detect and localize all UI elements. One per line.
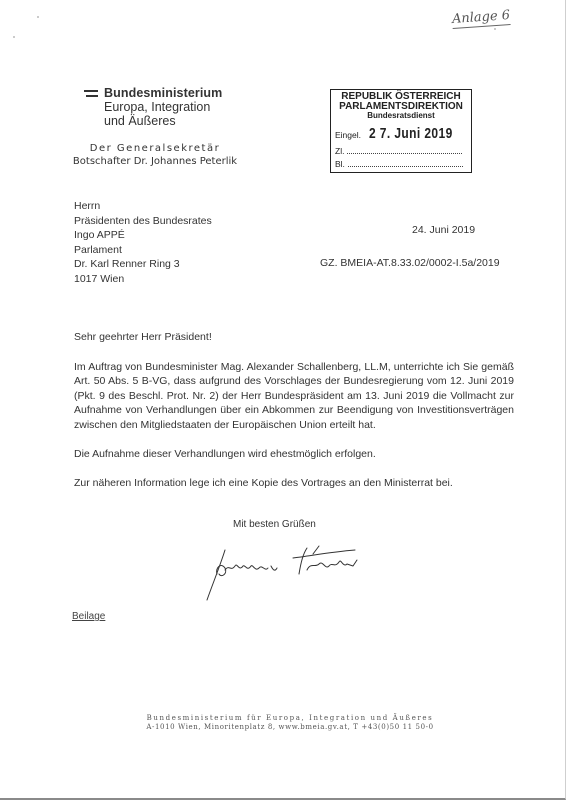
salutation: Sehr geehrter Herr Präsident! [74, 330, 514, 344]
signature [195, 538, 395, 608]
recipient-address: Herrn Präsidenten des Bundesrates Ingo A… [74, 199, 212, 286]
reference-number: GZ. BMEIA-AT.8.33.02/0002-I.5a/2019 [320, 257, 500, 269]
sender-title: Der Generalsekretär [70, 142, 240, 155]
paragraph-2: Die Aufnahme dieser Verhandlungen wird e… [74, 447, 514, 461]
enclosure-label: Beilage [72, 611, 105, 622]
receipt-stamp: REPUBLIK ÖSTERREICH PARLAMENTSDIREKTION … [330, 89, 472, 173]
letter-page: Anlage 6 Bundesministerium Europa, Integ… [0, 0, 566, 800]
austria-flag-icon [84, 90, 98, 98]
paragraph-3: Zur näheren Information lege ich eine Ko… [74, 476, 514, 490]
sender-block: Der Generalsekretär Botschafter Dr. Joha… [70, 142, 240, 168]
paragraph-1: Im Auftrag von Bundesminister Mag. Alexa… [74, 360, 514, 432]
ministry-line-1: Bundesministerium [104, 86, 222, 100]
letter-date: 24. Juni 2019 [412, 224, 475, 236]
scan-speck [13, 36, 15, 38]
scan-speck [37, 16, 39, 18]
sender-name: Botschafter Dr. Johannes Peterlik [70, 155, 240, 168]
stamp-received-date: 2 7. Juni 2019 [369, 125, 453, 142]
scan-speck [494, 28, 496, 30]
ministry-name: Bundesministerium Europa, Integration un… [104, 86, 222, 128]
ministry-line-2: Europa, Integration [104, 100, 222, 114]
handwritten-annotation: Anlage 6 [452, 8, 511, 27]
footer-line-2: A-1010 Wien, Minoritenplatz 8, www.bmeia… [70, 723, 510, 732]
letter-footer: Bundesministerium für Europa, Integratio… [70, 714, 510, 732]
footer-line-1: Bundesministerium für Europa, Integratio… [70, 714, 510, 723]
closing: Mit besten Grüßen [233, 519, 316, 530]
stamp-header: REPUBLIK ÖSTERREICH PARLAMENTSDIREKTION … [331, 92, 471, 121]
stamp-zl-row: Zl. [335, 146, 462, 156]
ministry-line-3: und Äußeres [104, 114, 222, 128]
stamp-received-row: Eingel.2 7. Juni 2019 [335, 125, 474, 142]
stamp-bl-row: Bl. [335, 159, 463, 169]
